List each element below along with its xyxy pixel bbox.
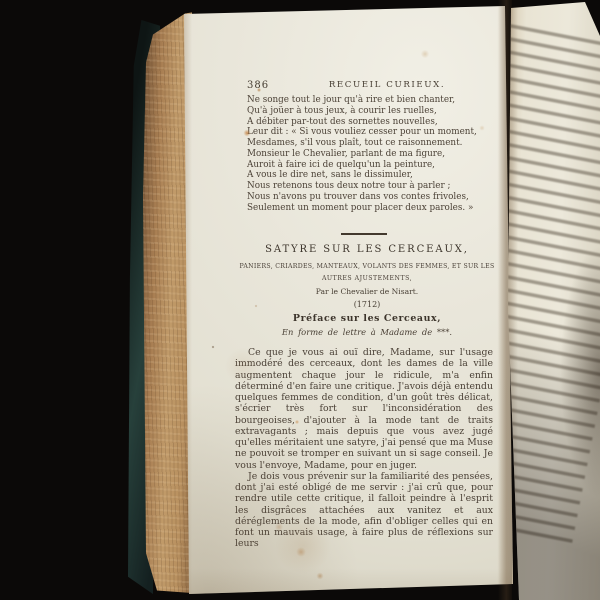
poem-line: Ne songe tout le jour qu'à rire et bien … bbox=[247, 95, 497, 106]
right-page-blurred-text-lines bbox=[505, 24, 600, 550]
poem-block: Ne songe tout le jour qu'à rire et bien … bbox=[247, 95, 497, 213]
right-page-angled bbox=[505, 0, 600, 600]
poem-line: Qu'à joüer à tous jeux, à courir les rue… bbox=[247, 106, 497, 117]
paragraph: Je dois vous prévenir sur la familiarité… bbox=[235, 471, 493, 550]
body-text: Ce que je vous ai ouï dire, Madame, sur … bbox=[235, 347, 493, 550]
running-header: RECUEIL CURIEUX. bbox=[237, 80, 493, 90]
preface-subtitle: En forme de lettre à Madame de ***. bbox=[183, 327, 551, 337]
poem-line: Seulement un moment pour placer deux par… bbox=[247, 203, 497, 214]
book-photo: 386 RECUEIL CURIEUX. Ne songe tout le jo… bbox=[0, 0, 600, 600]
preface-title: Préface sur les Cerceaux, bbox=[183, 313, 551, 324]
poem-line: Nous retenons tous deux notre tour à par… bbox=[247, 181, 497, 192]
poem-line: Monsieur le Chevalier, parlant de ma fig… bbox=[247, 149, 497, 160]
section-title: SATYRE SUR LES CERCEAUX, bbox=[183, 244, 551, 255]
publication-year: (1712) bbox=[183, 300, 551, 309]
section-subtitle-line1: PANIERS, CRIARDES, MANTEAUX, VOLANTS DES… bbox=[183, 263, 551, 270]
author-byline: Par le Chevalier de Nisart. bbox=[183, 287, 551, 296]
left-page: 386 RECUEIL CURIEUX. Ne songe tout le jo… bbox=[183, 6, 513, 594]
page-number: 386 bbox=[247, 80, 269, 91]
poem-line: A débiter par-tout des sornettes nouvell… bbox=[247, 117, 497, 128]
poem-line: Mesdames, s'il vous plaît, tout ce raiso… bbox=[247, 138, 497, 149]
poem-line: Auroit à faire ici de quelqu'un la peint… bbox=[247, 160, 497, 171]
poem-line: Leur dit : « Si vous vouliez cesser pour… bbox=[247, 127, 497, 138]
section-divider bbox=[341, 233, 387, 235]
paragraph: Ce que je vous ai ouï dire, Madame, sur … bbox=[235, 347, 493, 471]
poem-line: Nous n'avons pu trouver dans vos contes … bbox=[247, 192, 497, 203]
poem-line: A vous le dire net, sans le dissimuler, bbox=[247, 170, 497, 181]
page-stack-fore-edge bbox=[142, 10, 192, 594]
page-header: 386 RECUEIL CURIEUX. bbox=[237, 80, 493, 94]
section-subtitle-line2: AUTRES AJUSTEMENTS, bbox=[183, 275, 551, 282]
